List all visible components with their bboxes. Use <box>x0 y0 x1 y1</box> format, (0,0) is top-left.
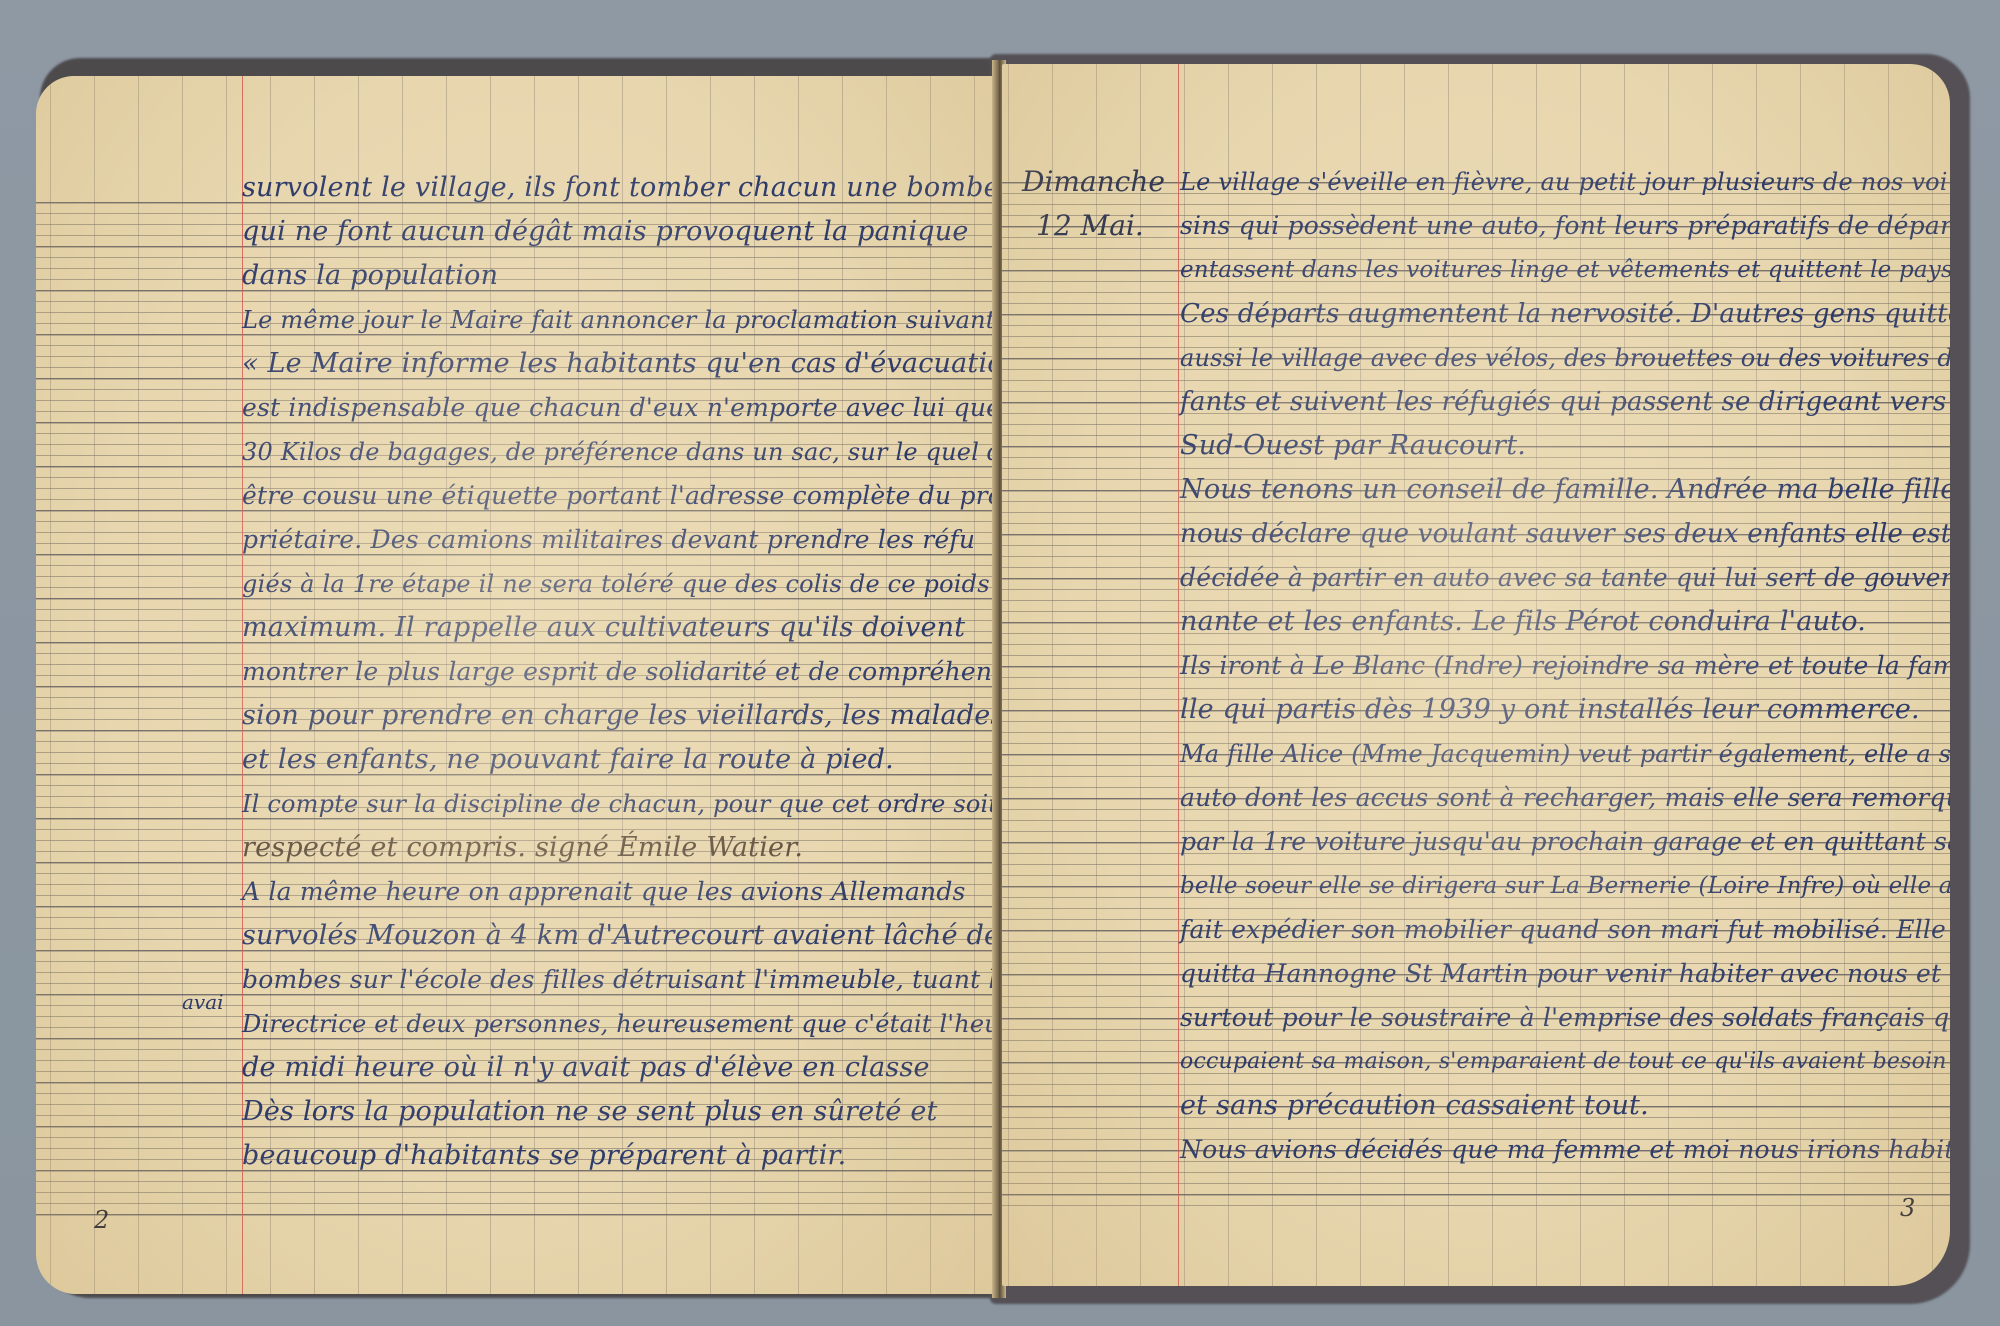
page-number: 3 <box>1900 1194 1915 1222</box>
text-line: nous déclare que voulant sauver ses deux… <box>1180 512 1930 556</box>
text-line: survolent le village, ils font tomber ch… <box>242 166 982 210</box>
text-line: fants et suivent les réfugiés qui passen… <box>1180 380 1930 424</box>
text-line: qui ne font aucun dégât mais provoquent … <box>242 210 982 254</box>
text-line: survolés Mouzon à 4 km d'Autrecourt avai… <box>242 914 982 958</box>
text-line: aussi le village avec des vélos, des bro… <box>1180 336 1930 380</box>
text-line: sins qui possèdent une auto, font leurs … <box>1180 204 1930 248</box>
text-line: lle qui partis dès 1939 y ont installés … <box>1180 688 1930 732</box>
right-page-text: Le village s'éveille en fièvre, au petit… <box>1180 160 1930 1172</box>
right-page: Dimanche 12 Mai. Le village s'éveille en… <box>1002 64 1950 1286</box>
text-line: maximum. Il rappelle aux cultivateurs qu… <box>242 606 982 650</box>
entry-date: Dimanche 12 Mai. <box>1022 160 1165 248</box>
text-line: Directrice et deux personnes, heureuseme… <box>242 1002 982 1046</box>
text-line: belle soeur elle se dirigera sur La Bern… <box>1180 864 1930 908</box>
text-line: sion pour prendre en charge les vieillar… <box>242 694 982 738</box>
text-line: giés à la 1re étape il ne sera toléré qu… <box>242 562 982 606</box>
text-line: Dès lors la population ne se sent plus e… <box>242 1090 982 1134</box>
left-page: survolent le village, ils font tomber ch… <box>36 76 998 1294</box>
text-line: de midi heure où il n'y avait pas d'élèv… <box>242 1046 982 1090</box>
text-line: 30 Kilos de bagages, de préférence dans … <box>242 430 982 474</box>
text-line: par la 1re voiture jusqu'au prochain gar… <box>1180 820 1930 864</box>
text-line: dans la population <box>242 254 982 298</box>
text-line: et les enfants, ne pouvant faire la rout… <box>242 738 982 782</box>
text-line: fait expédier son mobilier quand son mar… <box>1180 908 1930 952</box>
text-line: quitta Hannogne St Martin pour venir hab… <box>1180 952 1930 996</box>
text-line: occupaient sa maison, s'emparaient de to… <box>1180 1040 1930 1084</box>
text-line: Ils iront à Le Blanc (Indre) rejoindre s… <box>1180 644 1930 688</box>
text-line: entassent dans les voitures linge et vêt… <box>1180 248 1930 292</box>
text-line: Ces départs augmentent la nervosité. D'a… <box>1180 292 1930 336</box>
text-line: beaucoup d'habitants se préparent à part… <box>242 1134 982 1178</box>
entry-date-value: 12 Mai. <box>1022 204 1165 248</box>
text-line: Nous tenons un conseil de famille. André… <box>1180 468 1930 512</box>
entry-day: Dimanche <box>1022 160 1165 204</box>
text-line-signature: respecté et compris. signé Émile Watier. <box>242 826 982 870</box>
text-line: Ma fille Alice (Mme Jacquemin) veut part… <box>1180 732 1930 776</box>
text-line: Il compte sur la discipline de chacun, p… <box>242 782 982 826</box>
text-line: A la même heure on apprenait que les avi… <box>242 870 982 914</box>
text-line: Sud-Ouest par Raucourt. <box>1180 424 1930 468</box>
text-line: et sans précaution cassaient tout. <box>1180 1084 1930 1128</box>
red-margin-line <box>1178 64 1179 1286</box>
margin-note: avai <box>182 990 224 1014</box>
text-line: décidée à partir en auto avec sa tante q… <box>1180 556 1930 600</box>
text-line: est indispensable que chacun d'eux n'emp… <box>242 386 982 430</box>
text-line: surtout pour le soustraire à l'emprise d… <box>1180 996 1930 1040</box>
text-line: « Le Maire informe les habitants qu'en c… <box>242 342 982 386</box>
text-line: montrer le plus large esprit de solidari… <box>242 650 982 694</box>
text-line: priétaire. Des camions militaires devant… <box>242 518 982 562</box>
text-line: Le village s'éveille en fièvre, au petit… <box>1180 160 1930 204</box>
text-line: auto dont les accus sont à recharger, ma… <box>1180 776 1930 820</box>
left-page-text: survolent le village, ils font tomber ch… <box>242 166 982 1178</box>
page-number: 2 <box>94 1206 109 1234</box>
text-line: Nous avions décidés que ma femme et moi … <box>1180 1128 1930 1172</box>
text-line: nante et les enfants. Le fils Pérot cond… <box>1180 600 1930 644</box>
text-line: bombes sur l'école des filles détruisant… <box>242 958 982 1002</box>
text-line: être cousu une étiquette portant l'adres… <box>242 474 982 518</box>
text-line: Le même jour le Maire fait annoncer la p… <box>242 298 982 342</box>
